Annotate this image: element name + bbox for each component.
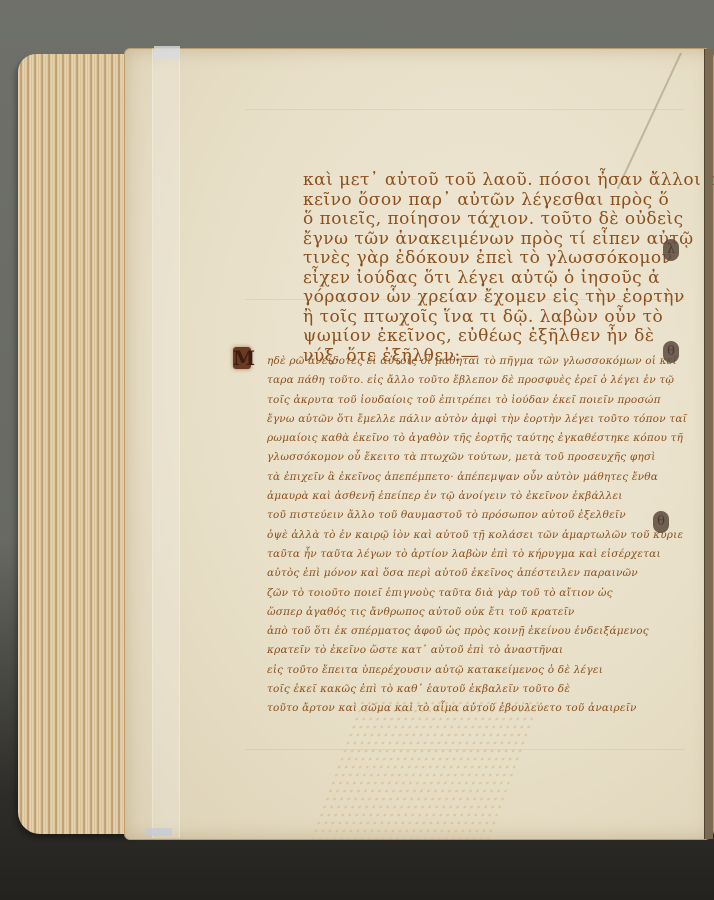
commentary-line: ταῦτα ἦν ταῦτα λέγων τὸ ἀρτίον λαβὼν ἐπὶ… xyxy=(267,545,687,564)
lemma-line: κεῖνο ὅσον παρ᾿ αὐτῶν λέγεσθαι πρὸς ὅ xyxy=(303,191,714,211)
lemma-line: εἶχεν ἰούδας ὅτι λέγει αὐτῷ ὁ ἰησοῦς ἀ xyxy=(303,269,714,289)
manuscript-codex: καὶ μετ᾿ αὐτοῦ τοῦ λαοῦ. πόσοι ἦσαν ἄλλο… xyxy=(18,48,714,838)
commentary-line: ὀψὲ ἀλλὰ τὸ ἐν καιρῷ ἰὸν καὶ αὐτοῦ τῇ κο… xyxy=(267,526,687,545)
commentary-line: ὥσπερ ἀγαθός τις ἄνθρωπος αὐτοῦ οὐκ ἔτι … xyxy=(267,603,687,622)
marginal-lemma-mark: λ xyxy=(663,239,679,261)
binding-spine xyxy=(704,49,713,839)
ruling-line xyxy=(245,109,685,110)
gospel-lemma-text: καὶ μετ᾿ αὐτοῦ τοῦ λαοῦ. πόσοι ἦσαν ἄλλο… xyxy=(303,171,714,366)
commentary-line: εἰς τοῦτο ἔπειτα ὑπερέχουσιν αὐτῷ κατακε… xyxy=(267,661,687,680)
commentary-line: τοῖς ἐκεῖ κακῶς ἐπὶ τὸ καθ᾿ ἑαυτοῦ ἐκβαλ… xyxy=(267,680,687,699)
lemma-line: ἢ τοῖς πτωχοῖς ἵνα τι δῷ. λαβὼν οὖν τὸ xyxy=(303,308,714,328)
lemma-line: ἔγνω τῶν ἀνακειμένων πρὸς τί εἶπεν αὐτῷ xyxy=(303,230,714,250)
marginal-mark: θ xyxy=(653,511,669,533)
commentary-line: ἀπὸ τοῦ ὅτι ἐκ σπέρματος ἀφοῦ ὡς πρὸς κο… xyxy=(267,622,687,641)
lemma-line: γόρασον ὧν χρείαν ἔχομεν εἰς τὴν ἑορτὴν xyxy=(303,288,714,308)
commentary-line: ἀμαυρὰ καὶ ἀσθενῆ ἐπείπερ ἐν τῷ ἀνοίγειν… xyxy=(267,487,687,506)
commentary-line: τοῖς ἀκρυτα τοῦ ἰουδαίοις τοῦ ἐπιτρέπει … xyxy=(267,391,687,410)
tape-strip xyxy=(152,48,180,838)
manuscript-page: καὶ μετ᾿ αὐτοῦ τοῦ λαοῦ. πόσοι ἦσαν ἄλλο… xyxy=(124,48,714,840)
lemma-line: καὶ μετ᾿ αὐτοῦ τοῦ λαοῦ. πόσοι ἦσαν ἄλλο… xyxy=(303,171,714,191)
marginal-mark: θ xyxy=(663,341,679,363)
commentary-line: κρατεῖν τὸ ἐκεῖνο ὥστε κατ᾿ αὐτοῦ ἐπὶ τὸ… xyxy=(267,641,687,660)
commentary-line: ἔγνω αὐτῶν ὅτι ἔμελλε πάλιν αὐτὸν ἀμφὶ τ… xyxy=(267,410,687,429)
commentary-line: αὐτὸς ἐπὶ μόνον καὶ ὅσα περὶ αὐτοῦ ἐκεῖν… xyxy=(267,564,687,583)
commentary-line: τὰ ἐπιχεῖν ἃ ἐκεῖνος ἀπεπέμπετο· ἀπέπεμψ… xyxy=(267,468,687,487)
commentary-text: ηδὲ ρῶ ἀνείδοτες εἰ αὐτοῖς οἱ μαθηταὶ τὸ… xyxy=(267,352,687,719)
commentary-line: γλωσσόκομον οὗ ἔκειτο τὰ πτωχῶν τούτων, … xyxy=(267,448,687,467)
commentary-line: ηδὲ ρῶ ἀνείδοτες εἰ αὐτοῖς οἱ μαθηταὶ τὸ… xyxy=(267,352,687,371)
tape-tab-top xyxy=(154,46,180,60)
lemma-line: ὅ ποιεῖς, ποίησον τάχιον. τοῦτο δὲ οὐδεὶ… xyxy=(303,210,714,230)
page-edges-stack xyxy=(18,54,138,834)
commentary-line: τοῦτο ἄρτον καὶ σῶμα καὶ τὸ αἷμα αὐτοῦ ἐ… xyxy=(267,699,687,718)
tape-tab-bottom xyxy=(146,828,172,836)
page-crease xyxy=(617,53,682,190)
parchment-follicle-pattern xyxy=(310,699,541,839)
lemma-line: τινὲς γὰρ ἐδόκουν ἐπεὶ τὸ γλωσσόκομον xyxy=(303,249,714,269)
commentary-line: ζῶν τὸ τοιοῦτο ποιεῖ ἐπιγνοὺς ταῦτα διὰ … xyxy=(267,584,687,603)
rubricated-initial: Μ xyxy=(233,347,251,369)
commentary-line: ταρα πάθη τοῦτο. εἰς ἄλλο τοῦτο ἔβλεπον … xyxy=(267,371,687,390)
lemma-line: ψωμίον ἐκεῖνος, εὐθέως ἐξῆλθεν ἦν δὲ xyxy=(303,327,714,347)
commentary-line: τοῦ πιστεύειν ἄλλο τοῦ θαυμαστοῦ τὸ πρόσ… xyxy=(267,506,687,525)
commentary-line: ρωμαίοις καθὰ ἐκεῖνο τὸ ἀγαθὸν τῆς ἑορτῆ… xyxy=(267,429,687,448)
